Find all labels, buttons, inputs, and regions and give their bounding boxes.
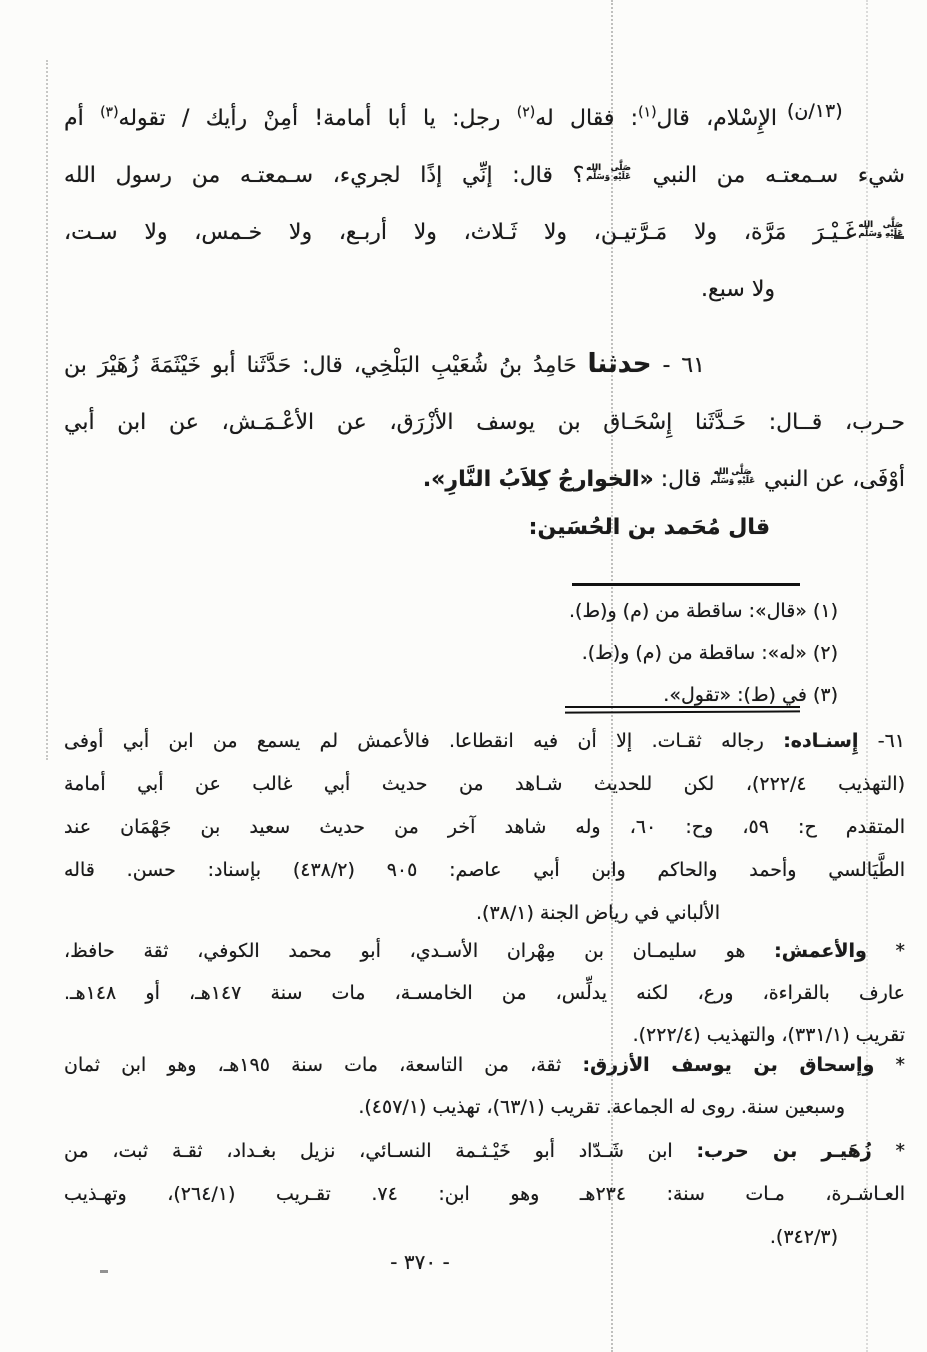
footnote-item-1: (١) «قال»: ساقطة من (م) و(ط). xyxy=(64,590,905,632)
page-number: - ٣٧٠ - xyxy=(360,1250,480,1274)
bio-text: ثقة، من التاسعة، مات سنة ١٩٥هـ، وهو ابن … xyxy=(64,1054,583,1076)
body-text: غَـيْـرَ مَرَّة، ولا مَـرَّتيـن، ولا ثَـ… xyxy=(64,220,856,245)
bio-name-bold: زُهَيـر بن حرب: xyxy=(696,1140,871,1162)
bio-name-bold: والأعمش: xyxy=(774,940,867,962)
takhrij-number: ٦١- xyxy=(858,730,905,752)
footnote-ref-2: (٢) xyxy=(517,105,535,121)
footnote-item-2: (٢) «له»: ساقطة من (م) و(ط). xyxy=(64,632,905,674)
bio-line: عارف بالقراءة، ورع، لكنه يدلِّس، من الخا… xyxy=(64,972,905,1014)
isnad-text: أوْفَى، عن النبي xyxy=(757,467,905,492)
paragraph-line: شيء سـمعتـه من النبي صَلَّى اللهعَلَيْهِ… xyxy=(64,147,905,204)
biography-amash-block: * والأعمش: هو سليمـان بن مِهْران الأسـدي… xyxy=(64,930,905,1056)
bio-line: (٣٤٢/٣). xyxy=(64,1216,905,1259)
footnote-ref-3: (٣) xyxy=(100,105,118,121)
takhrij-line: ٦١- إِسنـاده: رجاله ثقـات. إلا أن فيه ان… xyxy=(64,720,905,763)
takhrij-text: رجاله ثقـات. إلا أن فيه انقطاعا. فالأعمش… xyxy=(64,730,783,752)
body-text: شيء سـمعتـه من النبي xyxy=(633,163,905,188)
hadith-first-line: ٦١ - حدثنا حَامِدُ بنُ شُعَيْبِ البَلْخِ… xyxy=(64,336,905,394)
bio-line: * زُهَيـر بن حرب: ابن شَـدّاد أبو خَيْـث… xyxy=(64,1130,905,1173)
author-speech-heading: قال مُحَمد بن الحُسَين: xyxy=(64,515,905,540)
isnaduhu-label: إِسنـاده: xyxy=(783,730,858,752)
bullet-asterisk: * xyxy=(896,1140,906,1162)
saw-bottom: عَلَيْهِ وَسَلَّم xyxy=(858,230,903,239)
saw-bottom: عَلَيْهِ وَسَلَّم xyxy=(710,477,755,486)
hadith-number: ٦١ - xyxy=(662,353,705,378)
sallallahu-alayhi-wasallam-mark: صَلَّى اللهعَلَيْهِ وَسَلَّم xyxy=(710,468,755,486)
takhrij-footnote-block: ٦١- إِسنـاده: رجاله ثقـات. إلا أن فيه ان… xyxy=(64,720,905,935)
hadith-line: حـرب، قــال: حَـدَّثَنا إِسْحَـاق بن يوس… xyxy=(64,394,905,451)
double-separator-rule xyxy=(565,706,800,713)
body-text: أم xyxy=(64,106,100,131)
footnote-ref-1: (١) xyxy=(638,105,656,121)
body-text: رجل: يا أبا أمامة! أمِنْ رأيك / تقوله xyxy=(119,106,517,131)
bio-line: وسبعين سنة. روى له الجماعة. تقريب (٦٣/١)… xyxy=(64,1086,905,1128)
scanned-book-page: { "colors": { "ink": "#1b1b1b", "paper":… xyxy=(0,0,927,1352)
body-text: ؟ قال: إنِّي إذًا لجريء، سـمعتـه من رسول… xyxy=(64,163,584,188)
paragraph-line: الإِسْلام، قال(١): فقال له(٢) رجل: يا أب… xyxy=(64,90,905,147)
isnad-text: قال: xyxy=(654,467,709,492)
sallallahu-alayhi-wasallam-mark: صَلَّى اللهعَلَيْهِ وَسَلَّم xyxy=(858,221,903,239)
isnad-text: حَامِدُ بنُ شُعَيْبِ البَلْخِي، قال: حَد… xyxy=(64,353,588,378)
bio-line: * وإسحاق بن يوسف الأزرق: ثقة، من التاسعة… xyxy=(64,1044,905,1086)
hadith-matn-line: أوْفَى، عن النبي صَلَّى اللهعَلَيْهِ وَس… xyxy=(64,451,905,508)
body-text: الإِسْلام، قال xyxy=(657,106,777,131)
takhrij-line: (التهذيب ٢٢٢/٤)، لكن للحديث شـاهد من حدي… xyxy=(64,763,905,806)
saw-bottom: عَلَيْهِ وَسَلَّم xyxy=(586,173,631,182)
bio-line: * والأعمش: هو سليمـان بن مِهْران الأسـدي… xyxy=(64,930,905,972)
bio-name-bold: وإسحاق بن يوسف الأزرق: xyxy=(583,1054,875,1076)
bio-text: ابن شَـدّاد أبو خَيْـثـمة النسـائي، نزيل… xyxy=(64,1140,696,1162)
sallallahu-alayhi-wasallam-mark: صَلَّى اللهعَلَيْهِ وَسَلَّم xyxy=(586,164,631,182)
paragraph-line: ولا سبع. xyxy=(64,261,905,318)
takhrij-line: الطَّيَالسي وأحمد والحاكم وابن أبي عاصم:… xyxy=(64,849,905,892)
hadith-61-paragraph: ٦١ - حدثنا حَامِدُ بنُ شُعَيْبِ البَلْخِ… xyxy=(64,336,905,508)
hadith-matn-bold: «الخوارجُ كِلاَبُ النَّارِ». xyxy=(423,467,654,492)
paragraph-line: صَلَّى اللهعَلَيْهِ وَسَلَّمغَـيْـرَ مَر… xyxy=(64,204,905,261)
biography-zuhayr-block: * زُهَيـر بن حرب: ابن شَـدّاد أبو خَيْـث… xyxy=(64,1130,905,1259)
footnote-separator-rule xyxy=(572,583,800,586)
rule-top xyxy=(565,706,800,708)
scan-artifact-speck xyxy=(100,1270,108,1273)
bio-line: العـاشـرة، مـات سنة: ٢٣٤هـ وهو ابن: ٧٤. … xyxy=(64,1173,905,1216)
qala-text: قال مُحَمد بن الحُسَين: xyxy=(394,515,770,540)
haddathana-ornate-word: حدثنا xyxy=(588,349,652,379)
bio-text: هو سليمـان بن مِهْران الأسـدي، أبو محمد … xyxy=(64,940,774,962)
scan-artifact-dotted-line xyxy=(46,60,48,760)
bullet-asterisk: * xyxy=(896,940,906,962)
biography-ishaq-block: * وإسحاق بن يوسف الأزرق: ثقة، من التاسعة… xyxy=(64,1044,905,1128)
takhrij-line: المتقدم ح: ٥٩، وح: ٦٠، وله شاهد آخر من ح… xyxy=(64,806,905,849)
takhrij-line: الألباني في رياض الجنة (٣٨/١). xyxy=(64,892,905,935)
opening-paragraph: الإِسْلام، قال(١): فقال له(٢) رجل: يا أب… xyxy=(64,90,905,318)
variant-footnotes-block: (١) «قال»: ساقطة من (م) و(ط). (٢) «له»: … xyxy=(64,590,905,716)
bullet-asterisk: * xyxy=(895,1054,905,1076)
body-text: : فقال له xyxy=(535,106,638,131)
